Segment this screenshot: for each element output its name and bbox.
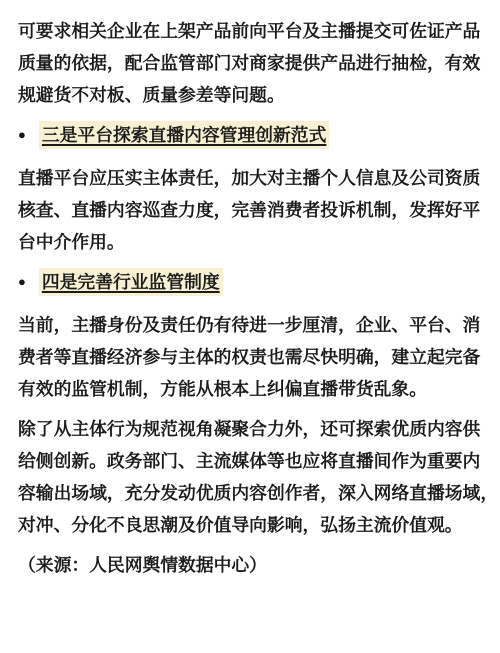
paragraph: 除了从主体行为规范视角凝聚合力外，还可探索优质内容供 给侧创新。政务部门、主流媒…	[18, 413, 482, 541]
text-line: 容输出场域，充分发动优质内容创作者，深入网络直播场域，	[18, 477, 482, 509]
source-attribution: （来源：人民网舆情数据中心）	[18, 549, 482, 581]
article-page: 可要求相关企业在上架产品前向平台及主播提交可佐证产品 质量的依据，配合监管部门对…	[0, 0, 500, 653]
text-line: 当前，主播身份及责任仍有待进一步厘清，企业、平台、消	[18, 309, 482, 341]
bullet-heading: ● 三是平台探索直播内容管理创新范式	[18, 119, 482, 151]
bullet-heading: ● 四是完善行业监管制度	[18, 266, 482, 298]
paragraph: 直播平台应压实主体责任，加大对主播个人信息及公司资质 核查、直播内容巡查力度，完…	[18, 162, 482, 258]
text-line: 台中介作用。	[18, 226, 482, 258]
text-line: 有效的监管机制，方能从根本上纠偏直播带货乱象。	[18, 373, 482, 405]
bullet-icon: ●	[18, 266, 26, 298]
text-line: 直播平台应压实主体责任，加大对主播个人信息及公司资质	[18, 162, 482, 194]
text-line: 给侧创新。政务部门、主流媒体等也应将直播间作为重要内	[18, 445, 482, 477]
text-line: 质量的依据，配合监管部门对商家提供产品进行抽检，有效	[18, 47, 482, 79]
text-line: 核查、直播内容巡查力度，完善消费者投诉机制，发挥好平	[18, 194, 482, 226]
bullet-icon: ●	[18, 119, 26, 151]
text-line: 对冲、分化不良思潮及价值导向影响，弘扬主流价值观。	[18, 509, 482, 541]
heading-text-highlighted: 三是平台探索直播内容管理创新范式	[39, 121, 330, 149]
heading-text-highlighted: 四是完善行业监管制度	[39, 268, 223, 296]
text-line: 除了从主体行为规范视角凝聚合力外，还可探索优质内容供	[18, 413, 482, 445]
paragraph: 当前，主播身份及责任仍有待进一步厘清，企业、平台、消 费者等直播经济参与主体的权…	[18, 309, 482, 405]
text-line: 规避货不对板、质量参差等问题。	[18, 79, 482, 111]
paragraph: 可要求相关企业在上架产品前向平台及主播提交可佐证产品 质量的依据，配合监管部门对…	[18, 15, 482, 111]
text-line: 可要求相关企业在上架产品前向平台及主播提交可佐证产品	[18, 15, 482, 47]
text-line: （来源：人民网舆情数据中心）	[18, 549, 482, 581]
text-line: 费者等直播经济参与主体的权责也需尽快明确，建立起完备	[18, 341, 482, 373]
